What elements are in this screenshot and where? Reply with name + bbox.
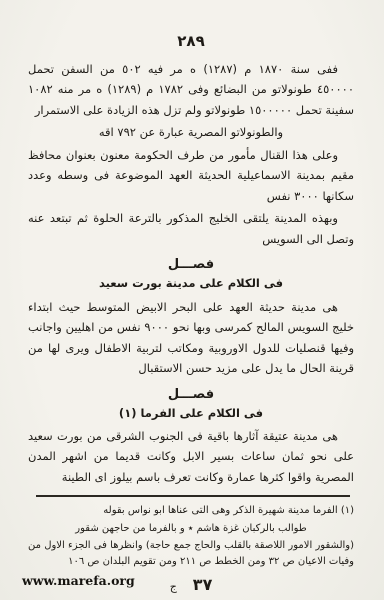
tonnage-note-line: والطونولاتو المصرية عبارة عن ٧٩٢ اقه bbox=[28, 122, 354, 142]
watermark-url: www.marefa.org bbox=[22, 573, 135, 588]
footnote-references: (والشقور الامور اللاصقة بالقلب والحاج جم… bbox=[28, 538, 354, 570]
footnote-intro: (١) الفرما مدينة شهيرة الذكر وهى التى عن… bbox=[28, 503, 354, 519]
paragraph-canal-governor: وعلى هذا القنال مأمور من طرف الحكومة معن… bbox=[28, 145, 354, 206]
footnote-separator bbox=[36, 495, 350, 497]
footnote: (١) الفرما مدينة شهيرة الذكر وهى التى عن… bbox=[28, 503, 354, 570]
footnote-verse: طوالب بالركبان غزة هاشم ٭ و بالفرما من ح… bbox=[28, 521, 354, 537]
section-subheading: فى الكلام على مدينة بورت سعيد bbox=[28, 275, 354, 292]
paragraph-ismailia-junction: وبهذه المدينة يلتقى الخليج المذكور بالتر… bbox=[28, 208, 354, 249]
section-body: هى مدينة حديثة العهد على البحر الابيض ال… bbox=[28, 297, 354, 379]
fasl-heading: فصـــل bbox=[28, 386, 354, 404]
fasl-heading: فصـــل bbox=[28, 256, 354, 274]
section-port-said: فصـــل فى الكلام على مدينة بورت سعيد هى … bbox=[28, 256, 354, 378]
section-body: هى مدينة عتيقة آثارها باقية فى الجنوب ال… bbox=[28, 426, 354, 487]
section-subheading: فى الكلام على الفرما (١) bbox=[28, 405, 354, 422]
page-number: ٢٨٩ bbox=[28, 32, 354, 50]
signature-letter: ج bbox=[170, 580, 177, 593]
section-farama: فصـــل فى الكلام على الفرما (١) هى مدينة… bbox=[28, 386, 354, 488]
paragraph-shipping-stats: ففى سنة ١٨٧٠ م (١٢٨٧) ه مر فيه ٥٠٢ من ال… bbox=[28, 59, 354, 120]
book-page: ٢٨٩ ففى سنة ١٨٧٠ م (١٢٨٧) ه مر فيه ٥٠٢ م… bbox=[0, 0, 384, 600]
signature-number: ٣٧ bbox=[193, 575, 213, 594]
